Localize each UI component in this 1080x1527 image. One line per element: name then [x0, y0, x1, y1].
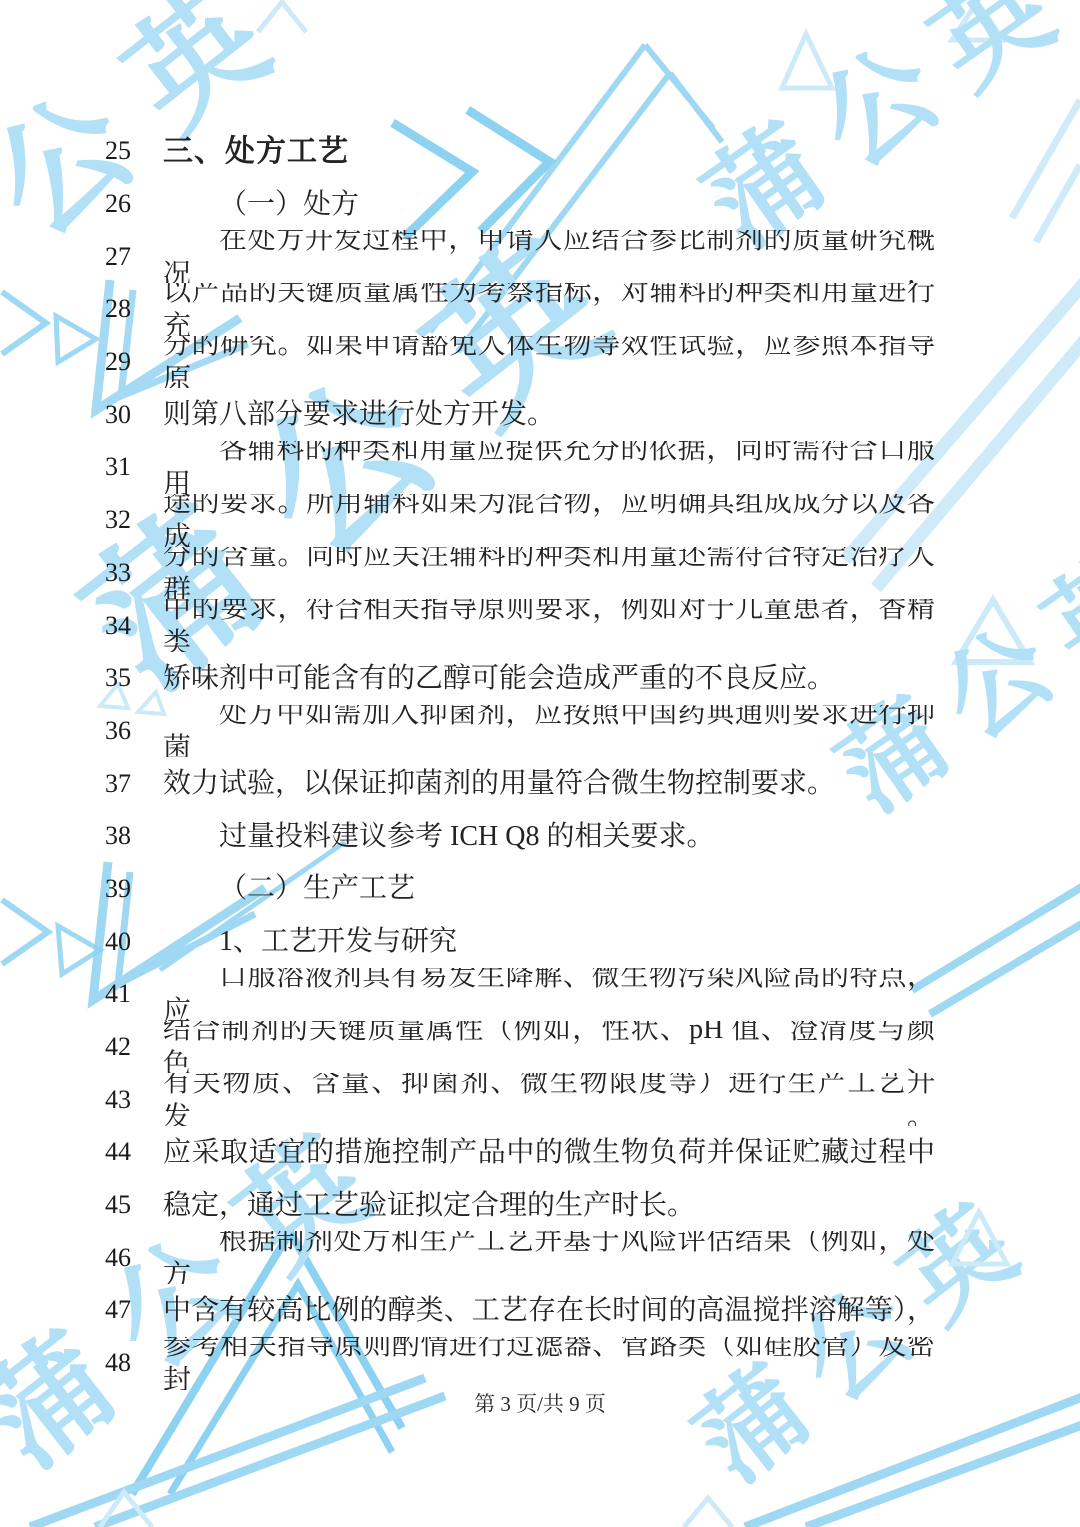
line-text: 矫味剂中可能含有的乙醇可能会造成严重的不良反应。 — [163, 661, 935, 696]
line-text: 效力试验，以保证抑菌剂的用量符合微生物控制要求。 — [163, 766, 935, 801]
line-text: 以产品的关键质量属性为考察指标，对辅料的种类和用量进行充 — [163, 283, 935, 336]
line-text: 口服溶液剂具有易发生降解、微生物污染风险高的特点，应 — [163, 968, 935, 1021]
document-line: 29分的研究。如果申请豁免人体生物等效性试验，应参照本指导原 — [105, 336, 935, 389]
line-text: 根据制剂处方和生产工艺并基于风险评估结果（例如，处方 — [163, 1231, 935, 1284]
line-list: 25三、处方工艺26（一）处方27在处方开发过程中，申请人应结合参比制剂的质量研… — [105, 125, 935, 1390]
line-text: 过量投料建议参考 ICH Q8 的相关要求。 — [163, 819, 935, 854]
document-line: 42结合制剂的关键质量属性（例如，性状、pH 值、澄清度与颜色、 — [105, 1021, 935, 1074]
document-line: 27在处方开发过程中，申请人应结合参比制剂的质量研究概况， — [105, 230, 935, 283]
line-number: 45 — [105, 1190, 163, 1220]
line-number: 41 — [105, 979, 163, 1009]
document-line: 45稳定，通过工艺验证拟定合理的生产时长。 — [105, 1179, 935, 1232]
line-text: 处方中如需加入抑菌剂，应按照中国药典通则要求进行抑菌 — [163, 705, 935, 758]
document-line: 47中含有较高比例的醇类、工艺存在长时间的高温搅拌溶解等）， — [105, 1284, 935, 1337]
line-number: 28 — [105, 294, 163, 324]
line-text: 分的研究。如果申请豁免人体生物等效性试验，应参照本指导原 — [163, 336, 935, 389]
line-number: 48 — [105, 1348, 163, 1378]
line-number: 25 — [105, 136, 163, 166]
line-number: 46 — [105, 1243, 163, 1273]
document-line: 36处方中如需加入抑菌剂，应按照中国药典通则要求进行抑菌 — [105, 705, 935, 758]
document-line: 44应采取适宜的措施控制产品中的微生物负荷并保证贮藏过程中 — [105, 1126, 935, 1179]
line-text: 结合制剂的关键质量属性（例如，性状、pH 值、澄清度与颜色、 — [163, 1021, 935, 1074]
line-number: 42 — [105, 1032, 163, 1062]
line-text: 三、处方工艺 — [163, 133, 935, 171]
document-line: 48参考相关指导原则酌情进行过滤器、管路类（如硅胶管）及密封 — [105, 1337, 935, 1390]
line-text: （二）生产工艺 — [163, 871, 935, 906]
line-number: 31 — [105, 452, 163, 482]
watermark-arm-icon — [912, 885, 1080, 1014]
line-text: 各辅料的种类和用量应提供充分的依据，同时需符合口服用 — [163, 441, 935, 494]
line-number: 34 — [105, 611, 163, 641]
line-text: 中含有较高比例的醇类、工艺存在长时间的高温搅拌溶解等）， — [163, 1293, 935, 1328]
line-number: 35 — [105, 663, 163, 693]
line-text: 在处方开发过程中，申请人应结合参比制剂的质量研究概况， — [163, 230, 935, 283]
line-text: 1、工艺开发与研究 — [163, 924, 935, 959]
document-line: 28以产品的关键质量属性为考察指标，对辅料的种类和用量进行充 — [105, 283, 935, 336]
line-text: 分的含量。同时应关注辅料的种类和用量还需符合特定治疗人群 — [163, 547, 935, 600]
document-line: 46根据制剂处方和生产工艺并基于风险评估结果（例如，处方 — [105, 1231, 935, 1284]
page-number-footer: 第 3 页/共 9 页 — [0, 1388, 1080, 1418]
document-line: 38过量投料建议参考 ICH Q8 的相关要求。 — [105, 810, 935, 863]
line-text: 参考相关指导原则酌情进行过滤器、管路类（如硅胶管）及密封 — [163, 1337, 935, 1390]
watermark-chevron-icon — [2, 900, 100, 974]
line-number: 30 — [105, 400, 163, 430]
line-number: 32 — [105, 505, 163, 535]
document-line: 25三、处方工艺 — [105, 125, 935, 178]
document-body: 25三、处方工艺26（一）处方27在处方开发过程中，申请人应结合参比制剂的质量研… — [105, 125, 935, 1390]
document-line: 31各辅料的种类和用量应提供充分的依据，同时需符合口服用 — [105, 441, 935, 494]
line-text: （一）处方 — [163, 187, 935, 222]
line-number: 38 — [105, 821, 163, 851]
line-text: 稳定，通过工艺验证拟定合理的生产时长。 — [163, 1188, 935, 1223]
line-number: 44 — [105, 1137, 163, 1167]
document-line: 41口服溶液剂具有易发生降解、微生物污染风险高的特点，应 — [105, 968, 935, 1021]
line-number: 27 — [105, 242, 163, 272]
document-line: 37效力试验，以保证抑菌剂的用量符合微生物控制要求。 — [105, 757, 935, 810]
line-number: 43 — [105, 1085, 163, 1115]
line-number: 36 — [105, 716, 163, 746]
line-number: 47 — [105, 1295, 163, 1325]
document-line: 32途的要求。所用辅料如果为混合物，应明确其组成成分以及各成 — [105, 494, 935, 547]
document-line: 39（二）生产工艺 — [105, 863, 935, 916]
document-line: 401、工艺开发与研究 — [105, 915, 935, 968]
document-line: 33分的含量。同时应关注辅料的种类和用量还需符合特定治疗人群 — [105, 547, 935, 600]
line-number: 40 — [105, 927, 163, 957]
line-text: 应采取适宜的措施控制产品中的微生物负荷并保证贮藏过程中 — [163, 1135, 935, 1170]
watermark-chevron-icon — [2, 292, 96, 362]
document-page: 蒲公英 蒲公英 蒲公英 蒲 — [0, 0, 1080, 1527]
line-text: 有关物质、含量、抑菌剂、微生物限度等）进行生产工艺开发。 — [163, 1073, 935, 1126]
document-line: 34中的要求，符合相关指导原则要求，例如对于儿童患者，香精类 — [105, 599, 935, 652]
document-line: 35矫味剂中可能含有的乙醇可能会造成严重的不良反应。 — [105, 652, 935, 705]
document-line: 30则第八部分要求进行处方开发。 — [105, 388, 935, 441]
line-number: 26 — [105, 189, 163, 219]
line-number: 37 — [105, 769, 163, 799]
line-number: 33 — [105, 558, 163, 588]
line-text: 途的要求。所用辅料如果为混合物，应明确其组成成分以及各成 — [163, 494, 935, 547]
line-text: 则第八部分要求进行处方开发。 — [163, 397, 935, 432]
document-line: 26（一）处方 — [105, 178, 935, 231]
line-number: 39 — [105, 874, 163, 904]
line-text: 中的要求，符合相关指导原则要求，例如对于儿童患者，香精类 — [163, 599, 935, 652]
document-line: 43有关物质、含量、抑菌剂、微生物限度等）进行生产工艺开发。 — [105, 1073, 935, 1126]
line-number: 29 — [105, 347, 163, 377]
